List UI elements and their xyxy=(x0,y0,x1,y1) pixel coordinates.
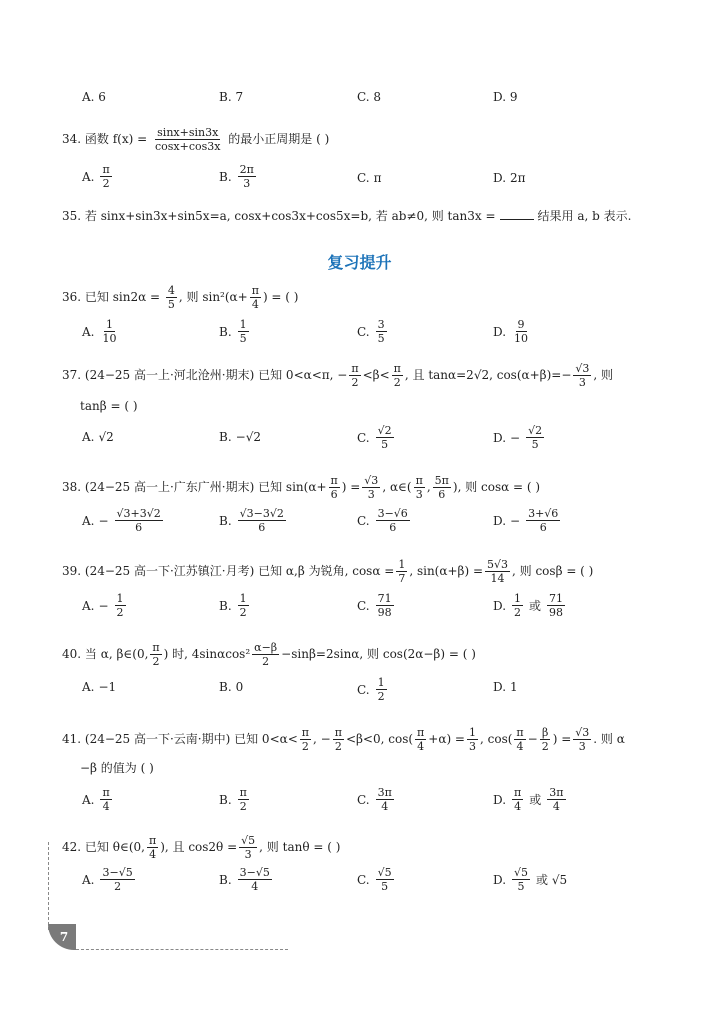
num: 1 xyxy=(104,318,115,332)
fraction: 12 xyxy=(115,592,126,619)
fraction: π4 xyxy=(147,834,158,861)
fraction: π2 xyxy=(300,726,311,753)
num: 1 xyxy=(238,318,249,332)
option-label: A. xyxy=(82,680,94,694)
fraction: π2 xyxy=(333,726,344,753)
den: 3 xyxy=(414,488,425,501)
option-text: −√2 xyxy=(236,430,261,444)
num: π xyxy=(512,786,523,800)
text: , 则 xyxy=(593,368,613,382)
fraction: √25 xyxy=(526,424,544,451)
den: 5 xyxy=(379,880,390,893)
den: 2 xyxy=(238,800,249,813)
option-text: π xyxy=(374,171,382,185)
num: 3 xyxy=(376,318,387,332)
text: . 则 α xyxy=(593,732,625,746)
option-text: 1 xyxy=(510,680,518,694)
option-label: D. xyxy=(493,171,506,185)
text: , 则 tanθ = ( ) xyxy=(259,840,340,854)
text: , sin(α+β) = xyxy=(409,564,483,578)
option-label: A. xyxy=(82,793,94,807)
den: 5 xyxy=(166,298,177,311)
q41-option-a: A.π4 xyxy=(82,786,114,813)
fraction: √3+3√26 xyxy=(115,507,163,534)
q36-option-a: A.110 xyxy=(82,318,120,345)
option-label: B. xyxy=(219,680,232,694)
option-text: −1 xyxy=(98,680,116,694)
q41-option-b: B.π2 xyxy=(219,786,251,813)
den: 3 xyxy=(366,488,377,501)
num: π xyxy=(150,641,161,655)
fraction: 12 xyxy=(376,676,387,703)
q41-option-c: C.3π4 xyxy=(357,786,396,813)
q36-option-d: D.910 xyxy=(493,318,532,345)
q34-option-b: B.2π3 xyxy=(219,163,258,190)
q40-option-c: C.12 xyxy=(357,676,389,703)
fraction: 110 xyxy=(100,318,118,345)
num: 1 xyxy=(238,592,249,606)
num: √5 xyxy=(239,834,257,848)
question-38: 38. (24−25 高一上·广东广州·期末) 已知 sin(α+π6) =√3… xyxy=(62,474,540,501)
den: 5 xyxy=(238,332,249,345)
answer-blank xyxy=(500,219,534,220)
fraction: π4 xyxy=(514,726,525,753)
den: 2 xyxy=(101,177,112,190)
num: 4 xyxy=(166,284,177,298)
sign: − xyxy=(510,431,520,445)
text: +α) = xyxy=(428,732,465,746)
den: 6 xyxy=(538,521,549,534)
fraction: π4 xyxy=(250,284,261,311)
option-label: D. xyxy=(493,793,506,807)
fraction: 12 xyxy=(512,592,523,619)
den: 2 xyxy=(392,376,403,389)
q34-option-c: C.π xyxy=(357,171,381,185)
text: 41. (24−25 高一下·云南·期中) 已知 0<α< xyxy=(62,732,298,746)
option-label: B. xyxy=(219,514,232,528)
page-number-badge: 7 xyxy=(48,924,76,950)
q36-option-b: B.15 xyxy=(219,318,251,345)
fraction: 3π4 xyxy=(547,786,565,813)
option-label: A. xyxy=(82,514,94,528)
q38-option-a: A.−√3+3√26 xyxy=(82,507,165,534)
text: , − xyxy=(313,732,331,746)
den: 2 xyxy=(349,376,360,389)
q40-options: A.−1 B.0 C.12 D.1 xyxy=(62,676,682,706)
text: , 则 sin²(α+ xyxy=(179,290,248,304)
num: √3+3√2 xyxy=(115,507,163,521)
num: 9 xyxy=(516,318,527,332)
fraction: π4 xyxy=(415,726,426,753)
text: 36. 已知 sin2α = xyxy=(62,290,160,304)
den: 2 xyxy=(238,606,249,619)
q36-options: A.110 B.15 C.35 D.910 xyxy=(62,318,682,348)
text: , xyxy=(427,480,431,494)
option-label: C. xyxy=(357,171,370,185)
den: 5 xyxy=(516,880,527,893)
den: 6 xyxy=(256,521,267,534)
q37-option-a: A.√2 xyxy=(82,430,114,444)
num: 5√3 xyxy=(485,558,510,572)
text: , cos( xyxy=(480,732,512,746)
q39-option-c: C.7198 xyxy=(357,592,396,619)
option-label: C. xyxy=(357,873,370,887)
option-label: B. xyxy=(219,793,232,807)
fraction: 2π3 xyxy=(238,163,256,190)
option-label: B. xyxy=(219,873,232,887)
fraction: √33 xyxy=(362,474,380,501)
section-title: 复习提升 xyxy=(0,250,719,273)
q42-option-d: D.√55或 √5 xyxy=(493,866,567,893)
num: π xyxy=(100,163,111,177)
num: √3 xyxy=(573,726,591,740)
num: π xyxy=(349,362,360,376)
text: ) = ( ) xyxy=(263,290,299,304)
page-number: 7 xyxy=(60,930,68,944)
text: <β< xyxy=(363,368,390,382)
den: 2 xyxy=(376,690,387,703)
den: 2 xyxy=(112,880,123,893)
sign: − xyxy=(98,599,108,613)
num: π xyxy=(100,786,111,800)
option-label: C. xyxy=(357,431,370,445)
num: π xyxy=(300,726,311,740)
den: 2 xyxy=(512,606,523,619)
fraction: 5√314 xyxy=(485,558,510,585)
den: 3 xyxy=(241,177,252,190)
fraction: π2 xyxy=(392,362,403,389)
den: 3 xyxy=(243,848,254,861)
q41-option-d: D.π4或3π4 xyxy=(493,786,568,813)
q34-den: cosx+cos3x xyxy=(153,140,222,153)
num: 5π xyxy=(433,474,451,488)
q34-fraction: sinx+sin3xcosx+cos3x xyxy=(153,126,222,153)
num: 1 xyxy=(512,592,523,606)
fraction: 17 xyxy=(396,558,407,585)
num: 3π xyxy=(547,786,565,800)
num: 3π xyxy=(376,786,394,800)
den: 6 xyxy=(133,521,144,534)
den: 98 xyxy=(547,606,565,619)
den: 2 xyxy=(115,606,126,619)
option-label: B. xyxy=(219,170,232,184)
num: π xyxy=(392,362,403,376)
q35-suffix: 结果用 a, b 表示. xyxy=(538,209,632,223)
fraction: 35 xyxy=(376,318,387,345)
text: ) 时, 4sinαcos² xyxy=(164,647,251,661)
text: −sinβ=2sinα, 则 cos(2α−β) = ( ) xyxy=(281,647,476,661)
text: ), 且 cos2θ = xyxy=(160,840,237,854)
option-label: C. xyxy=(357,325,370,339)
num: π xyxy=(147,834,158,848)
text: 39. (24−25 高一下·江苏镇江·月考) 已知 α,β 为锐角, cosα… xyxy=(62,564,394,578)
q37-options: A.√2 B.−√2 C.√25 D.−√25 xyxy=(62,424,682,454)
or-text: 或 xyxy=(529,597,541,614)
den: 7 xyxy=(396,572,407,585)
fraction: 3−√52 xyxy=(100,866,134,893)
text: ) = xyxy=(342,480,361,494)
q42-option-c: C.√55 xyxy=(357,866,396,893)
fraction: √55 xyxy=(512,866,530,893)
q37-line2: tanβ = ( ) xyxy=(80,398,138,414)
fraction: 5π6 xyxy=(433,474,451,501)
num: 2π xyxy=(238,163,256,177)
q34-suffix: 的最小正周期是 ( ) xyxy=(228,132,329,146)
num: 1 xyxy=(376,676,387,690)
q39-options: A.−12 B.12 C.7198 D.12或7198 xyxy=(62,592,682,622)
den: 4 xyxy=(250,298,261,311)
den: 5 xyxy=(376,332,387,345)
option-text: 2π xyxy=(510,171,526,185)
num: 71 xyxy=(547,592,565,606)
text: , α∈( xyxy=(382,480,411,494)
den: 6 xyxy=(436,488,447,501)
num: π xyxy=(329,474,340,488)
option-label: B. xyxy=(219,599,232,613)
option-label: B. xyxy=(219,325,232,339)
option-label: A. xyxy=(82,430,94,444)
question-36: 36. 已知 sin2α = 45, 则 sin²(α+π4) = ( ) xyxy=(62,284,298,311)
num: 1 xyxy=(396,558,407,572)
fraction: 3−√54 xyxy=(238,866,272,893)
num: 3+√6 xyxy=(526,507,560,521)
num: 3−√6 xyxy=(376,507,410,521)
q40-option-d: D.1 xyxy=(493,680,518,694)
q34-stem: 34. 函数 f(x) = xyxy=(62,132,147,146)
text: ) = xyxy=(553,732,572,746)
q33-option-c: C. 8 xyxy=(357,90,381,104)
fraction: π3 xyxy=(414,474,425,501)
option-label: D. xyxy=(493,431,506,445)
den: 3 xyxy=(577,376,588,389)
den: 4 xyxy=(147,848,158,861)
q33-option-b: B. 7 xyxy=(219,90,243,104)
den: 5 xyxy=(379,438,390,451)
den: 3 xyxy=(467,740,478,753)
sign: − xyxy=(510,514,520,528)
q42-option-a: A.3−√52 xyxy=(82,866,137,893)
q34-option-d: D.2π xyxy=(493,171,526,185)
question-37: 37. (24−25 高一上·河北沧州·期末) 已知 0<α<π, −π2<β<… xyxy=(62,362,613,389)
text: <β<0, cos( xyxy=(346,732,413,746)
q42-option-b: B.3−√54 xyxy=(219,866,274,893)
q37-option-d: D.−√25 xyxy=(493,424,546,451)
fraction: 12 xyxy=(238,592,249,619)
text: 42. 已知 θ∈(0, xyxy=(62,840,145,854)
q42-options: A.3−√52 B.3−√54 C.√55 D.√55或 √5 xyxy=(62,866,682,896)
den: 4 xyxy=(379,800,390,813)
num: √5 xyxy=(512,866,530,880)
fraction: 45 xyxy=(166,284,177,311)
option-label: C. xyxy=(357,514,370,528)
fraction: √33 xyxy=(573,726,591,753)
q36-option-c: C.35 xyxy=(357,318,389,345)
q41-options: A.π4 B.π2 C.3π4 D.π4或3π4 xyxy=(62,786,682,816)
fraction: √55 xyxy=(376,866,394,893)
fraction: 3+√66 xyxy=(526,507,560,534)
q38-option-d: D.−3+√66 xyxy=(493,507,562,534)
q39-option-d: D.12或7198 xyxy=(493,592,567,619)
option-label: C. xyxy=(357,683,370,697)
num: π xyxy=(333,726,344,740)
option-label: D. xyxy=(493,325,506,339)
q33-options: A. 6 B. 7 C. 8 D. 9 xyxy=(62,90,682,120)
question-34: 34. 函数 f(x) = sinx+sin3xcosx+cos3x 的最小正周… xyxy=(62,126,329,153)
num: 3−√5 xyxy=(238,866,272,880)
fraction: 7198 xyxy=(547,592,565,619)
den: 4 xyxy=(415,740,426,753)
den: 4 xyxy=(551,800,562,813)
den: 2 xyxy=(300,740,311,753)
den: 2 xyxy=(333,740,344,753)
fraction: π2 xyxy=(100,163,111,190)
fraction: π2 xyxy=(349,362,360,389)
option-text: 0 xyxy=(236,680,244,694)
q37-option-b: B.−√2 xyxy=(219,430,261,444)
num: π xyxy=(514,726,525,740)
page-border-dashed-horizontal xyxy=(76,949,288,950)
fraction: π2 xyxy=(150,641,161,668)
text: , 且 tanα=2√2, cos(α+β)=− xyxy=(405,368,572,382)
num: π xyxy=(415,726,426,740)
q40-option-a: A.−1 xyxy=(82,680,116,694)
fraction: π2 xyxy=(238,786,249,813)
num: 3−√5 xyxy=(100,866,134,880)
q33-option-d: D. 9 xyxy=(493,90,517,104)
fraction: 3−√66 xyxy=(376,507,410,534)
text: 40. 当 α, β∈(0, xyxy=(62,647,148,661)
option-text: √2 xyxy=(98,430,113,444)
text: − xyxy=(528,732,538,746)
or-text: 或 xyxy=(529,791,541,808)
fraction: π4 xyxy=(512,786,523,813)
num: β xyxy=(540,726,550,740)
num: α−β xyxy=(252,641,279,655)
option-label: D. xyxy=(493,599,506,613)
question-41: 41. (24−25 高一下·云南·期中) 已知 0<α<π2, −π2<β<0… xyxy=(62,726,625,753)
num: π xyxy=(250,284,261,298)
page-border-dashed-vertical xyxy=(48,842,49,930)
option-label: D. xyxy=(493,873,506,887)
num: 71 xyxy=(376,592,394,606)
fraction: 910 xyxy=(512,318,530,345)
den: 10 xyxy=(100,332,118,345)
q38-option-c: C.3−√66 xyxy=(357,507,412,534)
option-label: A. xyxy=(82,599,94,613)
fraction: √33 xyxy=(573,362,591,389)
option-label: A. xyxy=(82,325,94,339)
option-label: C. xyxy=(357,599,370,613)
num: √2 xyxy=(526,424,544,438)
q34-options: A.π2 B.2π3 C.π D.2π xyxy=(62,163,682,193)
num: π xyxy=(238,786,249,800)
den: 2 xyxy=(540,740,551,753)
text: , 则 cosβ = ( ) xyxy=(512,564,593,578)
num: √5 xyxy=(376,866,394,880)
question-35: 35. 若 sinx+sin3x+sin5x=a, cosx+cos3x+cos… xyxy=(62,208,631,224)
q34-num: sinx+sin3x xyxy=(155,126,220,140)
text: 37. (24−25 高一上·河北沧州·期末) 已知 0<α<π, − xyxy=(62,368,347,382)
option-label: D. xyxy=(493,514,506,528)
fraction: π6 xyxy=(329,474,340,501)
den: 14 xyxy=(489,572,507,585)
fraction: 15 xyxy=(238,318,249,345)
num: √3 xyxy=(573,362,591,376)
sign: − xyxy=(98,514,108,528)
fraction: √25 xyxy=(376,424,394,451)
num: π xyxy=(414,474,425,488)
den: 98 xyxy=(376,606,394,619)
num: 1 xyxy=(467,726,478,740)
num: √3 xyxy=(362,474,380,488)
den: 2 xyxy=(260,655,271,668)
or-text: 或 √5 xyxy=(536,871,567,888)
den: 4 xyxy=(101,800,112,813)
question-40: 40. 当 α, β∈(0,π2) 时, 4sinαcos²α−β2−sinβ=… xyxy=(62,641,476,668)
q39-option-a: A.−12 xyxy=(82,592,128,619)
den: 2 xyxy=(151,655,162,668)
q38-options: A.−√3+3√26 B.√3−3√26 C.3−√66 D.−3+√66 xyxy=(62,507,682,537)
question-39: 39. (24−25 高一下·江苏镇江·月考) 已知 α,β 为锐角, cosα… xyxy=(62,558,593,585)
num: √3−3√2 xyxy=(238,507,286,521)
den: 4 xyxy=(515,740,526,753)
num: √2 xyxy=(376,424,394,438)
question-42: 42. 已知 θ∈(0,π4), 且 cos2θ =√53, 则 tanθ = … xyxy=(62,834,340,861)
den: 6 xyxy=(329,488,340,501)
den: 4 xyxy=(249,880,260,893)
q40-option-b: B.0 xyxy=(219,680,243,694)
option-label: A. xyxy=(82,873,94,887)
q38-option-b: B.√3−3√26 xyxy=(219,507,288,534)
num: 1 xyxy=(115,592,126,606)
fraction: √3−3√26 xyxy=(238,507,286,534)
text: ), 则 cosα = ( ) xyxy=(453,480,540,494)
fraction: α−β2 xyxy=(252,641,279,668)
q34-option-a: A.π2 xyxy=(82,163,114,190)
den: 4 xyxy=(512,800,523,813)
den: 6 xyxy=(387,521,398,534)
text: 38. (24−25 高一上·广东广州·期末) 已知 sin(α+ xyxy=(62,480,327,494)
q41-line2: −β 的值为 ( ) xyxy=(80,760,154,776)
option-label: D. xyxy=(493,680,506,694)
den: 3 xyxy=(577,740,588,753)
option-label: C. xyxy=(357,793,370,807)
fraction: 7198 xyxy=(376,592,394,619)
option-label: B. xyxy=(219,430,232,444)
fraction: 3π4 xyxy=(376,786,394,813)
q39-option-b: B.12 xyxy=(219,592,251,619)
q33-option-a: A. 6 xyxy=(82,90,106,104)
q37-option-c: C.√25 xyxy=(357,424,396,451)
fraction: √53 xyxy=(239,834,257,861)
den: 10 xyxy=(512,332,530,345)
fraction: π4 xyxy=(100,786,111,813)
fraction: 13 xyxy=(467,726,478,753)
q35-stem: 35. 若 sinx+sin3x+sin5x=a, cosx+cos3x+cos… xyxy=(62,209,496,223)
fraction: β2 xyxy=(540,726,551,753)
option-label: A. xyxy=(82,170,94,184)
den: 5 xyxy=(530,438,541,451)
